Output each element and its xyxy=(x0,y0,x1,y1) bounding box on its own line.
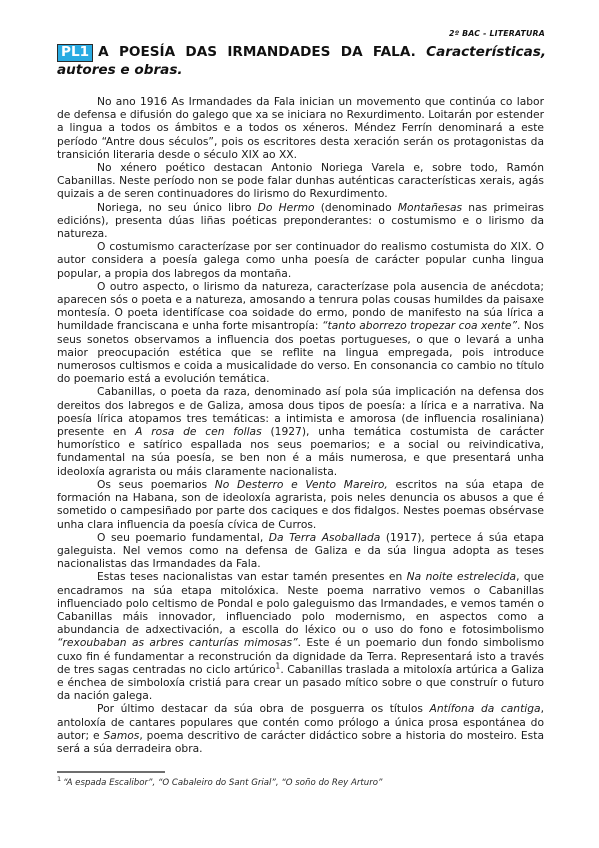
text-segment: Noriega, no seu único libro xyxy=(97,201,258,214)
paragraph: No xénero poético destacan Antonio Norie… xyxy=(57,161,544,201)
paragraph: Noriega, no seu único libro Do Hermo (de… xyxy=(57,201,544,241)
page-title: PL1A POESÍA DAS IRMANDADES DA FALA. Cara… xyxy=(57,44,546,78)
italic-segment: Da Terra Asoballada xyxy=(269,531,381,544)
text-segment: Os seus poemarios xyxy=(97,478,215,491)
italic-segment: Montañesas xyxy=(398,201,462,214)
body-paragraphs: No ano 1916 As Irmandades da Fala inicia… xyxy=(57,95,544,755)
paragraph: O seu poemario fundamental, Da Terra Aso… xyxy=(57,531,544,571)
italic-segment: “rexoubaban as arbres canturías mimosas” xyxy=(57,636,298,649)
paragraph: O costumismo caracterízase por ser conti… xyxy=(57,240,544,280)
text-segment: (denominado xyxy=(315,201,398,214)
text-segment: O seu poemario fundamental, xyxy=(97,531,269,544)
text-segment: O costumismo caracterízase por ser conti… xyxy=(57,240,544,279)
document-page: 2º BAC - LITERATURA PL1A POESÍA DAS IRMA… xyxy=(0,0,599,848)
footnote-body: “A espada Escalibor”, “O Cabaleiro do Sa… xyxy=(63,778,382,788)
paragraph: Por último destacar da súa obra de posgu… xyxy=(57,702,544,755)
footnote: 1“A espada Escalibor”, “O Cabaleiro do S… xyxy=(57,771,544,789)
paragraph: O outro aspecto, o lirismo da natureza, … xyxy=(57,280,544,386)
text-segment: No xénero poético destacan Antonio Norie… xyxy=(57,161,544,200)
paragraph: No ano 1916 As Irmandades da Fala inicia… xyxy=(57,95,544,161)
italic-segment: “tanto aborrezo tropezar coa xente” xyxy=(322,319,517,332)
italic-segment: Samos xyxy=(103,729,139,742)
footnote-rule xyxy=(57,771,165,773)
paragraph: Cabanillas, o poeta da raza, denominado … xyxy=(57,385,544,477)
italic-segment: Antífona da cantiga xyxy=(430,702,541,715)
italic-segment: No Desterro e Vento Mareiro, xyxy=(215,478,388,491)
paragraph: Estas teses nacionalistas van estar tamé… xyxy=(57,570,544,702)
footnote-text: 1“A espada Escalibor”, “O Cabaleiro do S… xyxy=(57,778,544,789)
footnote-marker: 1 xyxy=(57,775,61,783)
text-segment: Estas teses nacionalistas van estar tamé… xyxy=(97,570,407,583)
unit-badge: PL1 xyxy=(57,44,93,62)
italic-segment: Do Hermo xyxy=(258,201,315,214)
italic-segment: Na noite estrelecida xyxy=(407,570,516,583)
text-segment: Por último destacar da súa obra de posgu… xyxy=(97,702,430,715)
italic-segment: A rosa de cen follas xyxy=(135,425,262,438)
header-course-label: 2º BAC - LITERATURA xyxy=(449,29,545,38)
title-main: A POESÍA DAS IRMANDADES DA FALA. xyxy=(98,44,426,60)
paragraph: Os seus poemarios No Desterro e Vento Ma… xyxy=(57,478,544,531)
text-segment: No ano 1916 As Irmandades da Fala inicia… xyxy=(57,95,544,161)
